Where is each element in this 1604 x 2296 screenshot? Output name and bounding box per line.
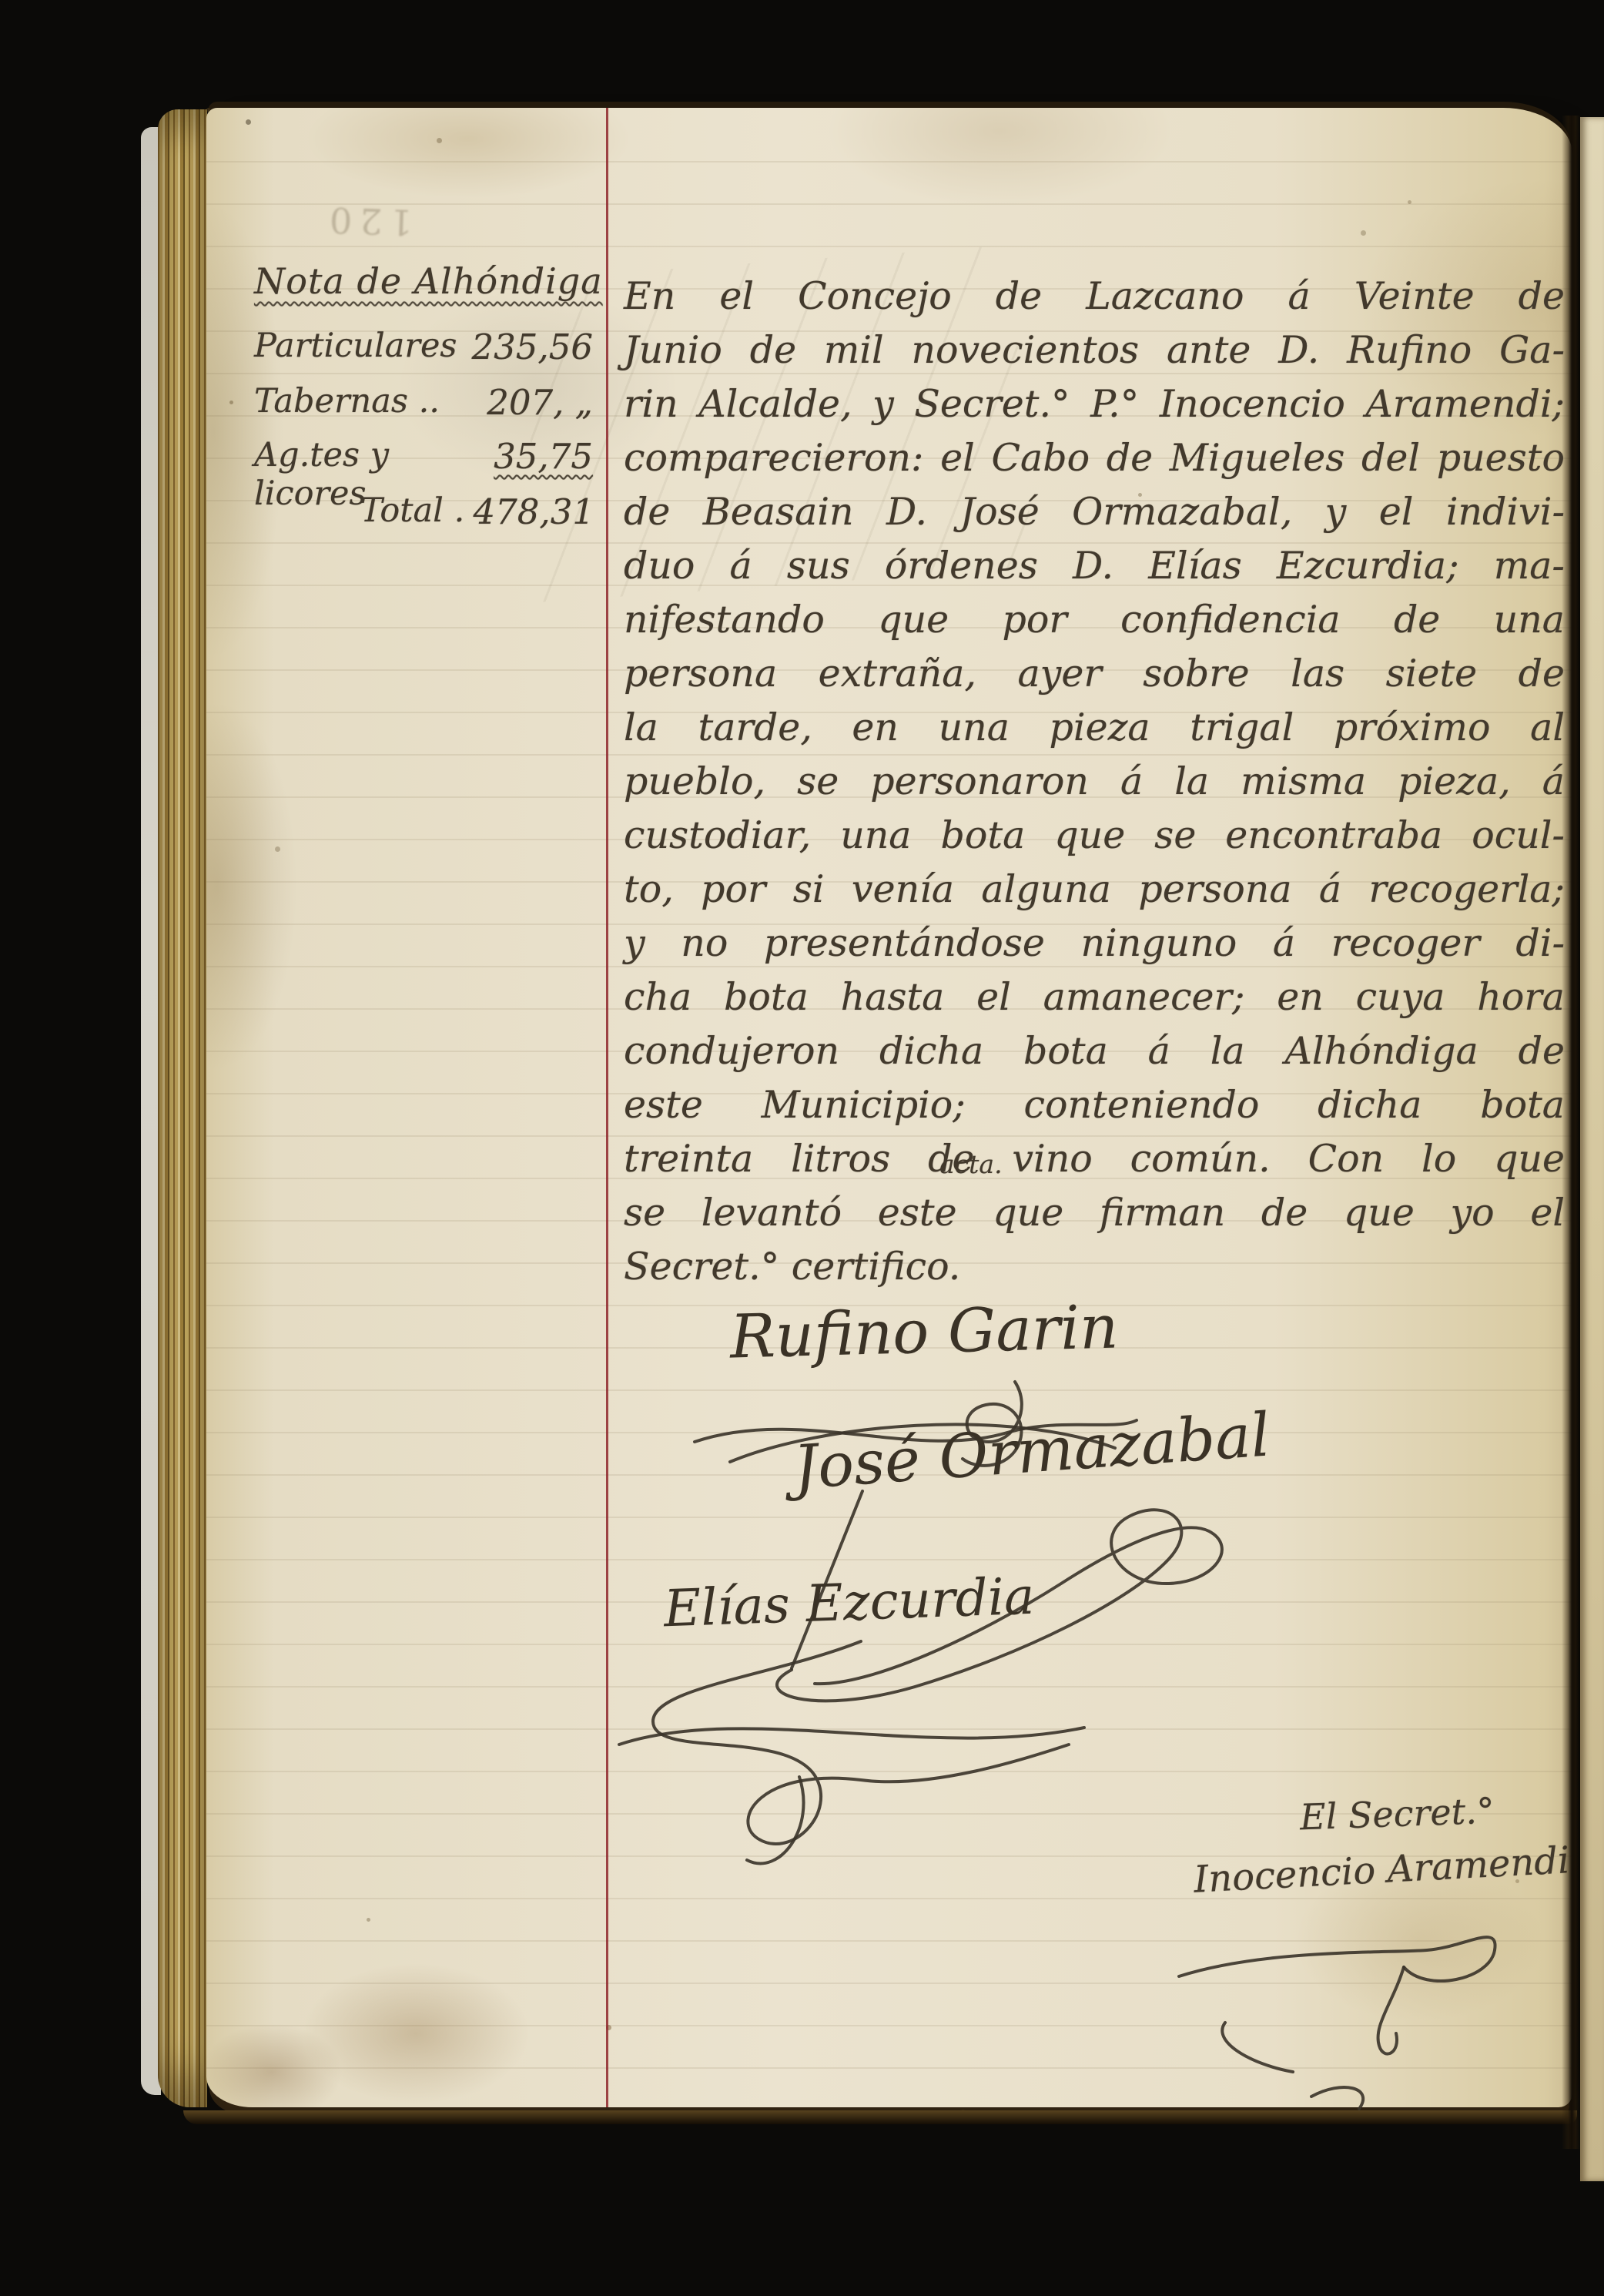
book-photo-background: 120 Nota de Alhóndiga Particulares 235,5… [0,0,1604,2296]
body-line: se levantó este que firman de que yo el [624,1186,1565,1240]
manuscript-page: 120 Nota de Alhóndiga Particulares 235,5… [206,108,1572,2107]
body-line: nifestando que por confidencia de una [624,593,1565,647]
body-line: condujeron dicha bota á la Alhóndiga de [624,1024,1565,1078]
margin-note-value: 207, „ [487,382,593,423]
margin-note-label: Total . [360,491,464,532]
margin-note: Nota de Alhóndiga Particulares 235,56 Ta… [254,260,610,302]
margin-note-row: Tabernas .. 207, „ [254,382,593,423]
body-line: de Beasain D. José Ormazabal, y el indiv… [624,485,1565,539]
body-line: to, por si venía alguna persona á recoge… [624,863,1565,917]
margin-note-row: Total . 478,31 [360,491,594,532]
margin-note-label: Particulares [254,327,457,367]
body-line: comparecieron: el Cabo de Migueles del p… [624,431,1565,485]
body-line: Secret.° certifico. [624,1240,1565,1294]
body-line: treinta litros de vino común. Con lo que [624,1132,1565,1186]
margin-note-title: Nota de Alhóndiga [254,260,610,302]
faint-page-number: 120 [321,199,414,243]
facing-page-edge [1580,117,1604,2181]
body-line: Junio de mil novecientos ante D. Rufino … [624,323,1565,377]
body-line: En el Concejo de Lazcano á Veinte de [624,270,1565,323]
signature-rufino-garin: Rufino Garin [729,1292,1119,1372]
margin-note-value: 235,56 [472,327,593,367]
closing-role: El Secret.° [1299,1790,1495,1838]
page-edge-stack [158,109,207,2107]
body-line: cha bota hasta el amanecer; en cuya hora [624,970,1565,1024]
body-line: y no presentándose ninguno á recoger di- [624,917,1565,970]
margin-note-value: 478,31 [474,491,594,532]
margin-note-row: Particulares 235,56 [254,327,593,367]
body-text: En el Concejo de Lazcano á Veinte de Jun… [624,270,1565,1294]
body-line: rin Alcalde, y Secret.° P.° Inocencio Ar… [624,377,1565,431]
body-line: custodiar, una bota que se encontraba oc… [624,809,1565,863]
margin-note-label: Tabernas .. [254,382,440,423]
gutter-crease [1562,116,1580,2149]
interlinear-insertion: acta. [939,1149,1003,1179]
body-line: persona extraña, ayer sobre las siete de [624,647,1565,701]
rubric-flourish [1173,1902,1512,2141]
rubric-flourish [607,1629,1107,1895]
body-line: este Municipio; conteniendo dicha bota [624,1078,1565,1132]
body-line: pueblo, se personaron á la misma pieza, … [624,755,1565,809]
body-line: duo á sus órdenes D. Elías Ezcurdia; ma- [624,539,1565,593]
body-line: la tarde, en una pieza trigal próximo al [624,701,1565,755]
ink-specks [206,108,210,112]
